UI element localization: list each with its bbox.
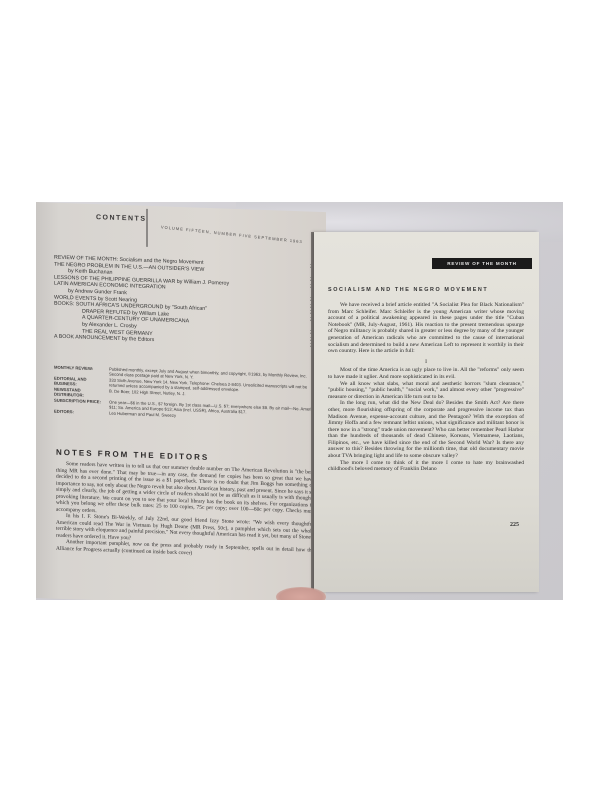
masthead-label: MONTHLY REVIEW: <box>54 365 109 377</box>
section-number: I <box>328 359 524 366</box>
finger <box>276 587 326 600</box>
volume-line: VOLUME FIFTEEN, NUMBER FIVE SEPTEMBER 19… <box>161 224 303 244</box>
article-body: We have received a brief article entitle… <box>328 302 524 473</box>
article-paragraph: We all know what slabs, what moral and a… <box>328 381 524 401</box>
magazine-photo: CONTENTS VOLUME FIFTEEN, NUMBER FIVE SEP… <box>36 202 563 600</box>
masthead-label: EDITORIAL AND BUSINESS: <box>54 376 109 388</box>
notes-paragraph: Some readers have written in to tell us … <box>56 461 314 522</box>
masthead-label: NEWSSTAND DISTRIBUTOR: <box>54 387 109 399</box>
right-page: REVIEW OF THE MONTH SOCIALISM AND THE NE… <box>314 232 539 592</box>
article-title: SOCIALISM AND THE NEGRO MOVEMENT <box>328 287 488 293</box>
left-page: CONTENTS VOLUME FIFTEEN, NUMBER FIVE SEP… <box>36 202 326 600</box>
masthead-label: EDITORS: <box>54 409 109 416</box>
notes-heading: NOTES FROM THE EDITORS <box>56 448 209 462</box>
notes-body: Some readers have written in to tell us … <box>56 461 314 561</box>
contents-heading: CONTENTS <box>96 214 147 223</box>
article-paragraph: Most of the time America is an ugly plac… <box>328 367 524 380</box>
masthead-label: SUBSCRIPTION PRICE: <box>54 398 109 410</box>
section-banner: REVIEW OF THE MONTH <box>432 258 532 269</box>
page-number: 225 <box>510 522 519 528</box>
article-paragraph: In the long run, what did the New Deal d… <box>328 400 524 459</box>
article-paragraph: The more I come to think of it the more … <box>328 460 524 473</box>
table-of-contents: REVIEW OF THE MONTH: Socialism and the N… <box>54 255 319 350</box>
divider <box>146 209 148 247</box>
masthead: MONTHLY REVIEW:Published monthly, except… <box>54 365 316 424</box>
article-intro: We have received a brief article entitle… <box>328 302 524 355</box>
